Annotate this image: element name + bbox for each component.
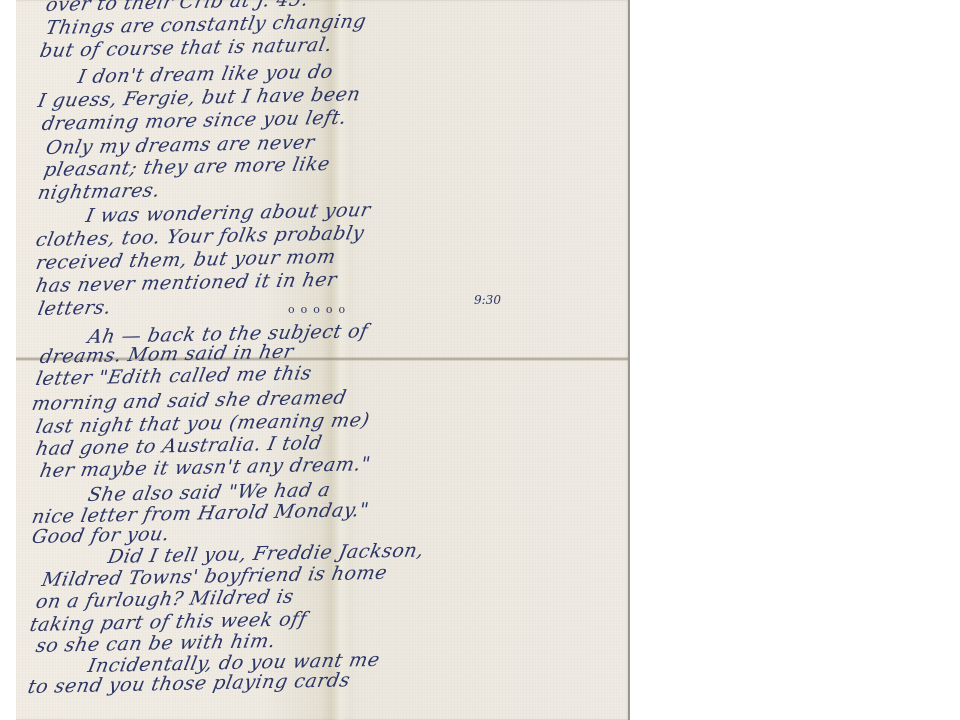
text-line: to send you those playing cards [26, 669, 352, 698]
text-line: pleasant; they are more like [42, 153, 332, 181]
letter-paper: over to their Crib at J. 45.Things are c… [16, 0, 630, 720]
text-line: letter "Edith called me this [34, 362, 314, 390]
handwritten-text: over to their Crib at J. 45.Things are c… [16, 0, 630, 720]
margin-time-note: 9:30 [474, 293, 501, 307]
margin-dots: ooooo [288, 303, 351, 316]
text-line: letters. [36, 296, 113, 320]
page: over to their Crib at J. 45.Things are c… [0, 0, 960, 720]
text-line: nice letter from Harold Monday." [30, 499, 371, 528]
text-line: nightmares. [36, 179, 162, 204]
